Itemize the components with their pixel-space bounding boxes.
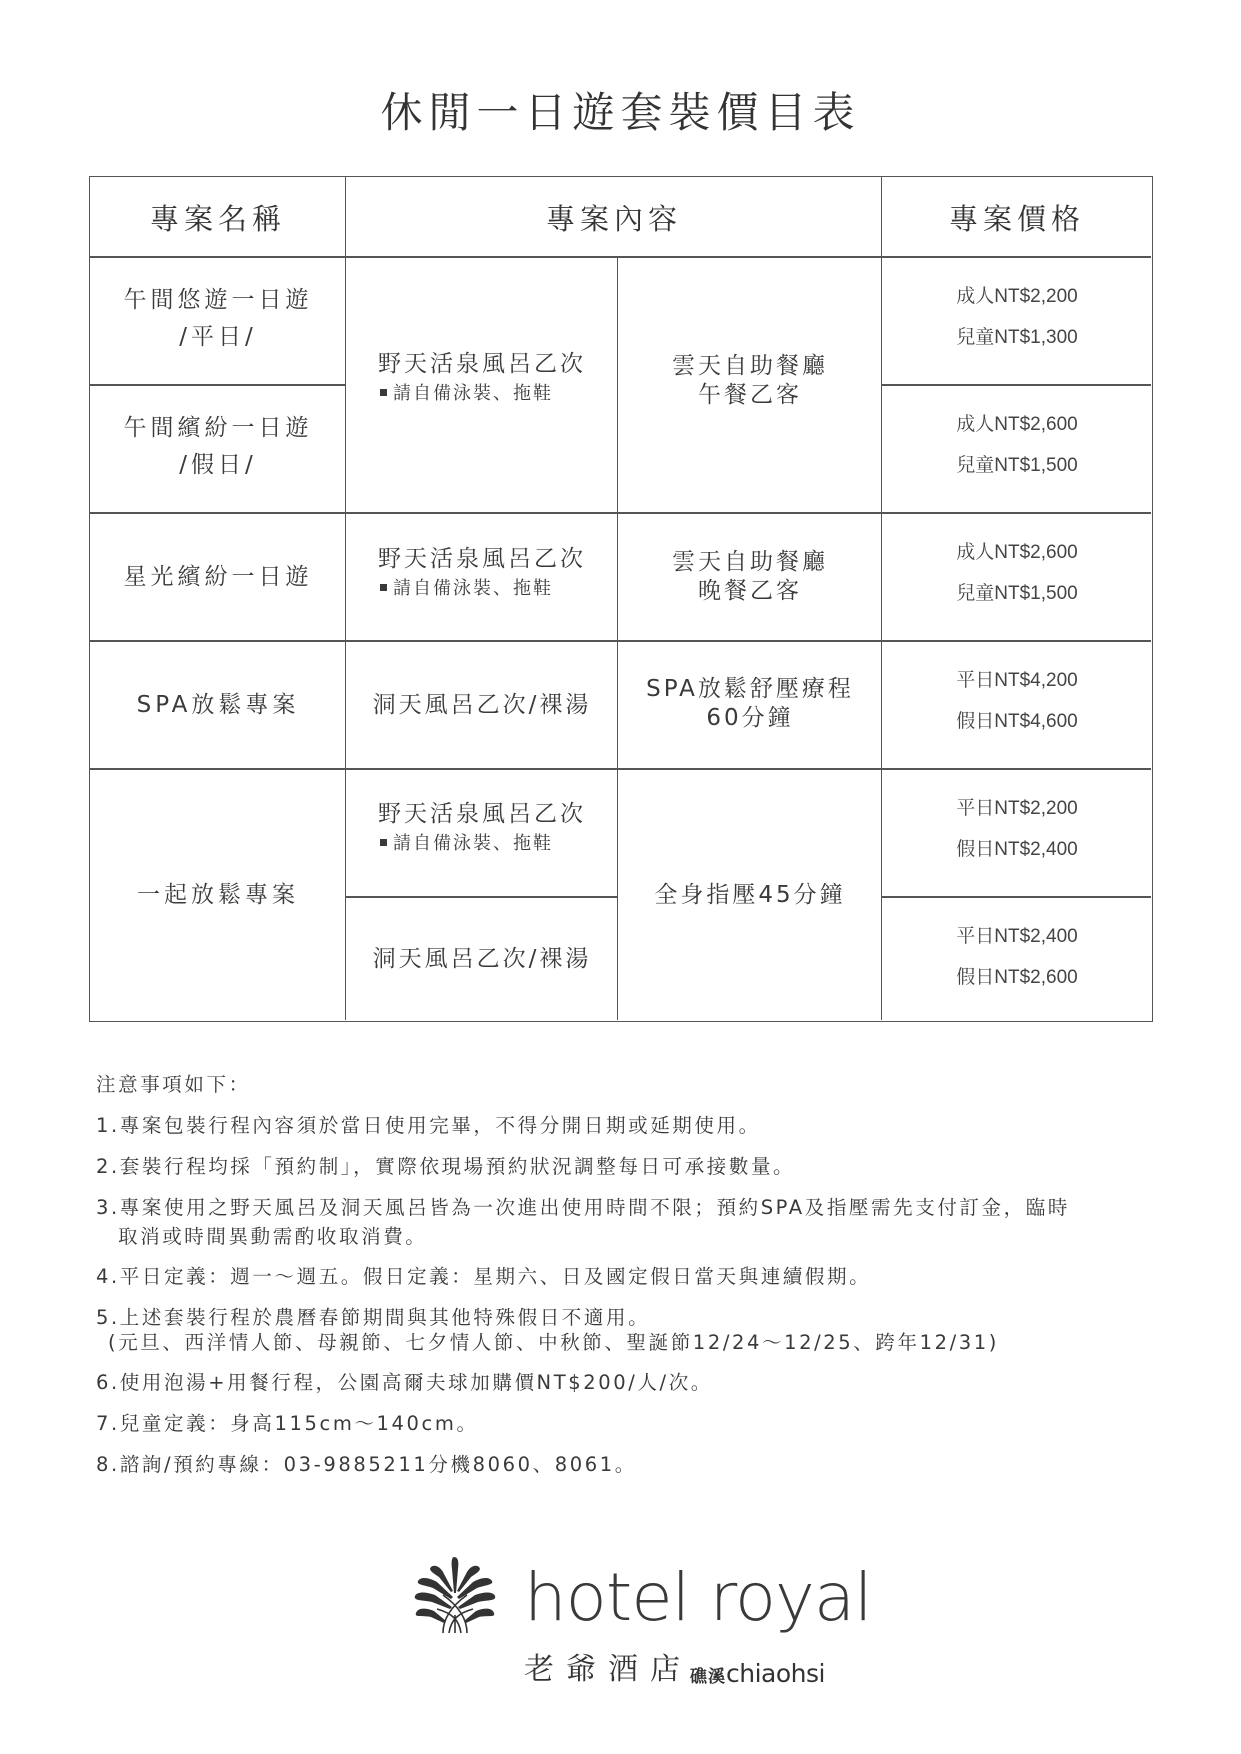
content-cell: 洞天風呂乙次/裸湯	[346, 897, 618, 1021]
header-price: 專案價格	[882, 177, 1152, 257]
price-holiday: 假日NT$2,600	[956, 957, 1077, 998]
bullet-square-icon	[380, 389, 387, 396]
content-cell: 野天活泉風呂乙次 請自備泳裝、拖鞋	[346, 257, 618, 513]
price-weekday: 平日NT$4,200	[956, 660, 1077, 701]
package-name: 星光繽紛一日遊	[124, 559, 313, 596]
package-name: 午間悠遊一日遊	[124, 282, 313, 319]
spa-duration: 60分鐘	[706, 704, 793, 733]
massage-cell: 全身指壓45分鐘	[618, 769, 882, 1021]
spa-cell: SPA放鬆舒壓療程 60分鐘	[618, 641, 882, 769]
price-adult: 成人NT$2,600	[956, 404, 1077, 445]
price-child: 兒童NT$1,500	[956, 573, 1077, 614]
price-weekday: 平日NT$2,200	[956, 788, 1077, 829]
price-cell: 成人NT$2,600 兒童NT$1,500	[882, 385, 1152, 513]
brand-name-zh: 老爺酒店	[524, 1652, 692, 1688]
price-table: 專案名稱 專案內容 專案價格 午間悠遊一日遊 /平日/ 午間繽紛一日遊 /假日/…	[89, 176, 1153, 1022]
note-item: 4.平日定義：週一～週五。假日定義：星期六、日及國定假日當天與連續假期。	[96, 1256, 1156, 1297]
price-adult: 成人NT$2,200	[956, 276, 1077, 317]
package-name: SPA放鬆專案	[137, 687, 300, 724]
meal-type: 午餐乙客	[698, 381, 802, 410]
price-child: 兒童NT$1,300	[956, 317, 1077, 358]
price-cell: 成人NT$2,600 兒童NT$1,500	[882, 513, 1152, 641]
price-weekday: 平日NT$2,400	[956, 916, 1077, 957]
package-name-cell: 午間悠遊一日遊 /平日/	[90, 257, 346, 385]
bullet-square-icon	[380, 839, 387, 846]
package-name: 一起放鬆專案	[137, 877, 299, 914]
bullet-square-icon	[380, 584, 387, 591]
brand-location: 礁溪chiaohsi	[690, 1660, 825, 1691]
brand-name-en: hotel royal	[524, 1558, 872, 1638]
meal-cell: 雲天自助餐廳 晚餐乙客	[618, 513, 882, 641]
price-cell: 平日NT$2,400 假日NT$2,600	[882, 897, 1152, 1021]
location-en: chiaohsi	[726, 1659, 825, 1688]
price-holiday: 假日NT$2,400	[956, 829, 1077, 870]
package-name-cell: 星光繽紛一日遊	[90, 513, 346, 641]
content-cell: 洞天風呂乙次/裸湯	[346, 641, 618, 769]
package-day-type: /平日/	[179, 319, 257, 356]
outdoor-bath-note: 請自備泳裝、拖鞋	[393, 578, 553, 599]
outdoor-bath-text: 野天活泉風呂乙次	[378, 349, 586, 379]
outdoor-bath-text: 野天活泉風呂乙次	[378, 544, 586, 574]
location-zh: 礁溪	[690, 1667, 726, 1687]
outdoor-bath-note: 請自備泳裝、拖鞋	[393, 383, 553, 404]
meal-type: 晚餐乙客	[698, 577, 802, 606]
package-name-cell: 一起放鬆專案	[90, 769, 346, 1021]
indoor-bath-text: 洞天風呂乙次/裸湯	[373, 690, 592, 720]
package-name: 午間繽紛一日遊	[124, 410, 313, 447]
price-cell: 平日NT$4,200 假日NT$4,600	[882, 641, 1152, 769]
content-cell: 野天活泉風呂乙次 請自備泳裝、拖鞋	[346, 513, 618, 641]
notes-heading: 注意事項如下：	[96, 1064, 1156, 1105]
price-adult: 成人NT$2,600	[956, 532, 1077, 573]
package-day-type: /假日/	[179, 447, 257, 484]
note-item: 7.兒童定義：身高115cm～140cm。	[96, 1403, 1156, 1444]
page-title: 休閒一日遊套裝價目表	[0, 86, 1241, 140]
outdoor-bath-text: 野天活泉風呂乙次	[378, 799, 586, 829]
price-cell: 成人NT$2,200 兒童NT$1,300	[882, 257, 1152, 385]
package-name-cell: SPA放鬆專案	[90, 641, 346, 769]
price-holiday: 假日NT$4,600	[956, 701, 1077, 742]
content-cell: 野天活泉風呂乙次 請自備泳裝、拖鞋	[346, 769, 618, 897]
note-item-continued: (元旦、西洋情人節、母親節、七夕情人節、中秋節、聖誕節12/24～12/25、跨…	[96, 1328, 1156, 1362]
meal-venue: 雲天自助餐廳	[672, 352, 828, 381]
spa-treatment: SPA放鬆舒壓療程	[646, 675, 854, 704]
meal-cell: 雲天自助餐廳 午餐乙客	[618, 257, 882, 513]
note-item: 1.專案包裝行程內容須於當日使用完畢，不得分開日期或延期使用。	[96, 1105, 1156, 1146]
note-item: 2.套裝行程均採「預約制」，實際依現場預約狀況調整每日可承接數量。	[96, 1146, 1156, 1187]
note-item: 6.使用泡湯+用餐行程，公園高爾夫球加購價NT$200/人/次。	[96, 1362, 1156, 1403]
outdoor-bath-note: 請自備泳裝、拖鞋	[393, 833, 553, 854]
fountain-logo-icon	[413, 1555, 499, 1635]
price-child: 兒童NT$1,500	[956, 445, 1077, 486]
meal-venue: 雲天自助餐廳	[672, 548, 828, 577]
indoor-bath-text: 洞天風呂乙次/裸湯	[373, 944, 592, 974]
package-name-cell: 午間繽紛一日遊 /假日/	[90, 385, 346, 513]
notes-section: 注意事項如下： 1.專案包裝行程內容須於當日使用完畢，不得分開日期或延期使用。 …	[96, 1064, 1156, 1485]
massage-text: 全身指壓45分鐘	[654, 881, 845, 910]
header-name: 專案名稱	[90, 177, 346, 257]
price-cell: 平日NT$2,200 假日NT$2,400	[882, 769, 1152, 897]
header-content: 專案內容	[346, 177, 882, 257]
note-item: 8.諮詢/預約專線：03-9885211分機8060、8061。	[96, 1444, 1156, 1485]
